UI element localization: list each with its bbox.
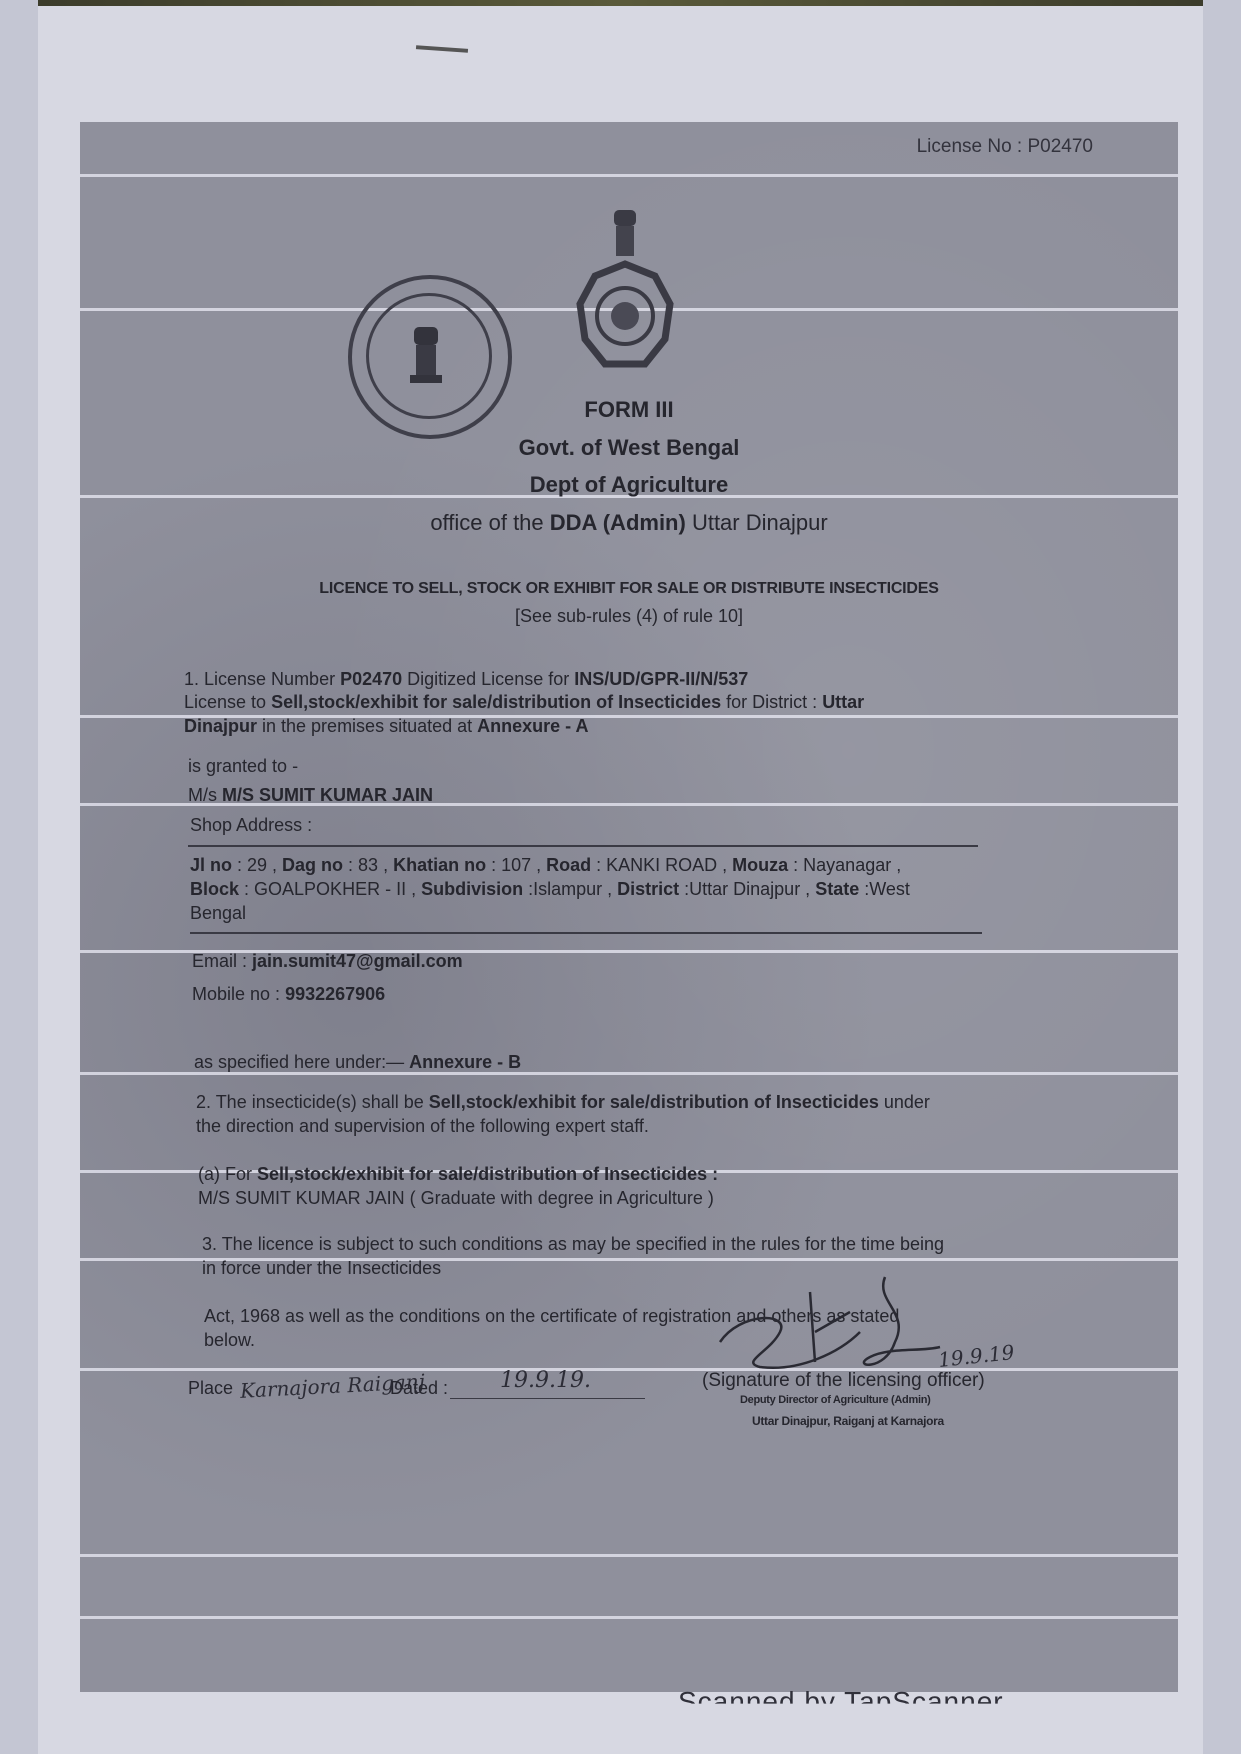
dated-handwritten: 19.9.19.: [500, 1368, 591, 1393]
mobile-value: 9932267906: [285, 984, 385, 1004]
text: Jl no: [190, 855, 232, 875]
emblem-icon: [570, 204, 680, 384]
paper-sheet: License No : P02470 FORM III Govt. of We…: [38, 6, 1203, 1754]
dept-heading: Dept of Agriculture: [80, 472, 1178, 498]
text: :Islampur ,: [523, 879, 617, 899]
text: in the premises situated at: [257, 716, 477, 736]
office-prefix: office of the: [430, 510, 549, 535]
text: Sell,stock/exhibit for sale/distribution…: [429, 1092, 879, 1112]
text: :West: [859, 879, 910, 899]
text: State: [815, 879, 859, 899]
sub-rules: [See sub-rules (4) of rule 10]: [80, 606, 1178, 627]
place-label: Place: [188, 1378, 233, 1399]
text: Road: [546, 855, 591, 875]
divider: [190, 932, 982, 934]
shop-address-label: Shop Address :: [190, 815, 312, 836]
text: M/s: [188, 785, 222, 805]
address-line-1: Jl no : 29 , Dag no : 83 , Khatian no : …: [190, 855, 901, 876]
text: 1. License Number: [184, 669, 340, 689]
text: Annexure - A: [477, 716, 588, 736]
text: for District :: [721, 692, 822, 712]
license-document: License No : P02470 FORM III Govt. of We…: [80, 122, 1178, 1692]
address-line-2: Block : GOALPOKHER - II , Subdivision :I…: [190, 879, 910, 900]
text: Dinajpur: [184, 716, 257, 736]
section-2-line-1: 2. The insecticide(s) shall be Sell,stoc…: [196, 1092, 930, 1113]
office-bold: DDA (Admin): [550, 510, 686, 535]
text: Khatian no: [393, 855, 486, 875]
text: : KANKI ROAD ,: [591, 855, 732, 875]
license-no-header: License No : P02470: [917, 136, 1093, 158]
text: under: [879, 1092, 930, 1112]
text: Digitized License for: [402, 669, 574, 689]
licence-title: LICENCE TO SELL, STOCK OR EXHIBIT FOR SA…: [80, 580, 1178, 598]
officer-stamp-line-1: Deputy Director of Agriculture (Admin): [740, 1394, 930, 1406]
scanner-watermark: Scanned by TapScanner: [678, 1686, 1004, 1718]
email-row: Email : jain.sumit47@gmail.com: [192, 951, 463, 972]
license-scope-line: License to Sell,stock/exhibit for sale/d…: [184, 692, 864, 713]
office-suffix: Uttar Dinajpur: [686, 510, 828, 535]
email-value: jain.sumit47@gmail.com: [252, 951, 463, 971]
license-code: INS/UD/GPR-II/N/537: [574, 669, 748, 689]
officer-stamp-line-2: Uttar Dinajpur, Raiganj at Karnajora: [752, 1414, 944, 1428]
text: Mouza: [732, 855, 788, 875]
text: :Uttar Dinajpur ,: [679, 879, 815, 899]
signature-caption: (Signature of the licensing officer): [702, 1370, 985, 1392]
email-label: Email :: [192, 951, 252, 971]
page-left-margin: [0, 0, 38, 1754]
dated-label: Dated :: [390, 1378, 448, 1399]
govt-heading: Govt. of West Bengal: [80, 435, 1178, 461]
text: Uttar: [822, 692, 864, 712]
text: Sell,stock/exhibit for sale/distribution…: [257, 1164, 718, 1184]
section-2-line-2: the direction and supervision of the fol…: [196, 1116, 649, 1137]
mobile-label: Mobile no :: [192, 984, 285, 1004]
expert-staff: M/S SUMIT KUMAR JAIN ( Graduate with deg…: [198, 1188, 714, 1209]
section-3-line-1: 3. The licence is subject to such condit…: [202, 1234, 944, 1255]
mobile-row: Mobile no : 9932267906: [192, 984, 385, 1005]
text: 2. The insecticide(s) shall be: [196, 1092, 429, 1112]
section-3-line-2: in force under the Insecticides: [202, 1258, 441, 1279]
text: Block: [190, 879, 239, 899]
text: : 107 ,: [486, 855, 546, 875]
license-number-line: 1. License Number P02470 Digitized Licen…: [184, 669, 748, 690]
text: : Nayanagar ,: [788, 855, 901, 875]
text: Dag no: [282, 855, 343, 875]
crease-line: [80, 1554, 1178, 1557]
specified-line: as specified here under:— Annexure - B: [194, 1052, 521, 1073]
address-line-3: Bengal: [190, 903, 246, 924]
license-premises-line: Dinajpur in the premises situated at Ann…: [184, 716, 589, 737]
crease-line: [80, 174, 1178, 177]
office-heading: office of the DDA (Admin) Uttar Dinajpur: [80, 510, 1178, 536]
licensee: M/s M/S SUMIT KUMAR JAIN: [188, 785, 433, 806]
date-underline: [450, 1398, 645, 1399]
license-number: P02470: [340, 669, 402, 689]
section-2a-line-1: (a) For Sell,stock/exhibit for sale/dist…: [198, 1164, 718, 1185]
text: : 29 ,: [232, 855, 282, 875]
divider: [188, 845, 978, 847]
pen-mark: [416, 45, 468, 53]
text: : 83 ,: [343, 855, 393, 875]
licensee-name: M/S SUMIT KUMAR JAIN: [222, 785, 433, 805]
text: District: [617, 879, 679, 899]
text: : GOALPOKHER - II ,: [239, 879, 421, 899]
text: License to: [184, 692, 271, 712]
crease-line: [80, 1616, 1178, 1619]
text: Subdivision: [421, 879, 523, 899]
page-right-margin: [1203, 0, 1241, 1754]
text: Sell,stock/exhibit for sale/distribution…: [271, 692, 721, 712]
text: Annexure - B: [409, 1052, 521, 1072]
section-3-line-4: below.: [204, 1330, 255, 1351]
granted-to-label: is granted to -: [188, 756, 298, 777]
text: as specified here under:—: [194, 1052, 409, 1072]
form-title: FORM III: [80, 397, 1178, 423]
text: (a) For: [198, 1164, 257, 1184]
